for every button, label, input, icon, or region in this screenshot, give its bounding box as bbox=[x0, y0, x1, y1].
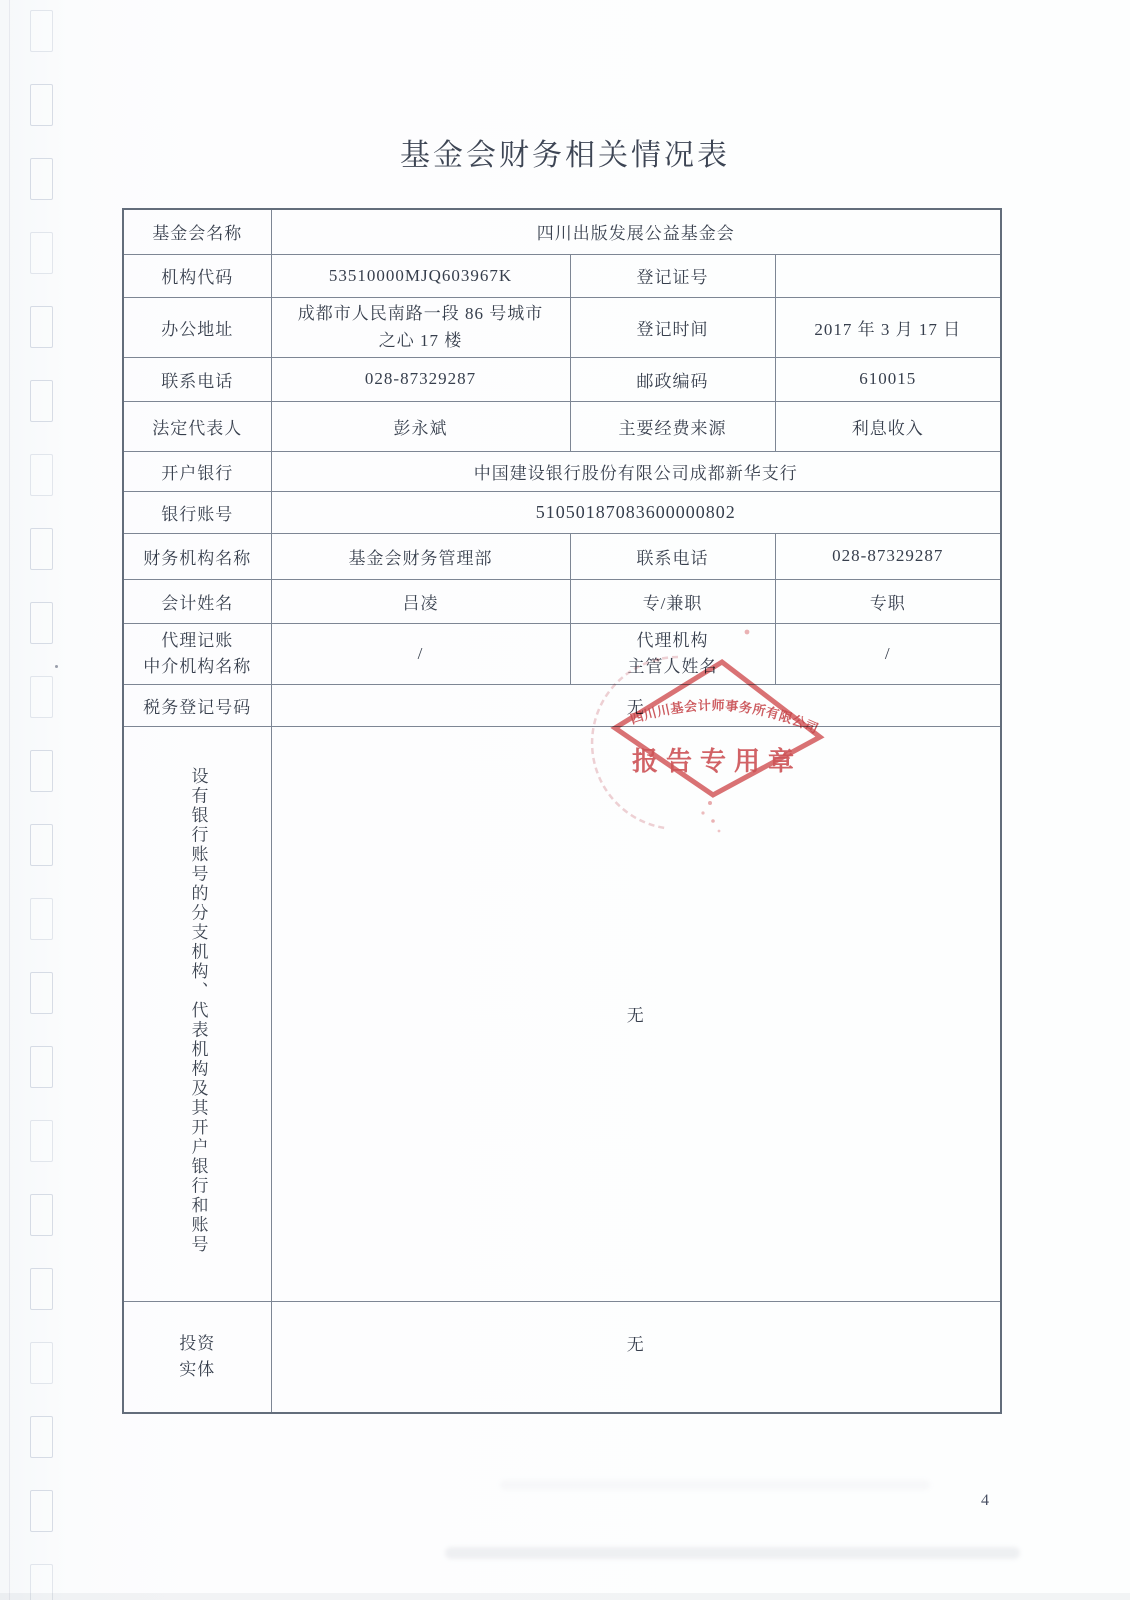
tax-reg-label: 税务登记号码 bbox=[123, 684, 271, 726]
postal-code-value: 610015 bbox=[775, 357, 1001, 401]
binding-hole-mark bbox=[30, 1416, 53, 1458]
reg-cert-label: 登记证号 bbox=[570, 254, 775, 297]
branches-label: 设有银行账号的分支机构、代表机构及其开户银行和账号 bbox=[123, 726, 271, 1301]
branches-label-text: 设有银行账号的分支机构、代表机构及其开户银行和账号 bbox=[187, 767, 207, 1255]
scan-smudge bbox=[445, 1547, 1020, 1559]
table-row: 设有银行账号的分支机构、代表机构及其开户银行和账号 无 bbox=[123, 726, 1001, 1301]
tax-reg-value: 无 bbox=[271, 684, 1001, 726]
binding-hole-mark bbox=[30, 676, 53, 718]
finance-phone-label: 联系电话 bbox=[570, 533, 775, 579]
investment-entity-value: 无 bbox=[271, 1301, 1001, 1413]
table-row: 开户银行 中国建设银行股份有限公司成都新华支行 bbox=[123, 451, 1001, 491]
binding-hole-mark bbox=[30, 306, 53, 348]
paper-edge-line bbox=[9, 0, 10, 1600]
table-row: 法定代表人 彭永斌 主要经费来源 利息收入 bbox=[123, 401, 1001, 451]
legal-rep-label: 法定代表人 bbox=[123, 401, 271, 451]
accountant-name-value: 吕凌 bbox=[271, 579, 570, 623]
contact-phone-label: 联系电话 bbox=[123, 357, 271, 401]
table-row: 税务登记号码 无 bbox=[123, 684, 1001, 726]
table-row: 银行账号 51050187083600000802 bbox=[123, 491, 1001, 533]
scan-smudge bbox=[500, 1480, 930, 1490]
agency-manager-value: / bbox=[775, 623, 1001, 684]
binding-hole-mark bbox=[30, 602, 53, 644]
agency-label-line-1: 代理记账 bbox=[128, 628, 267, 654]
agency-manager-label-line-1: 代理机构 bbox=[575, 628, 771, 654]
contact-phone-value: 028-87329287 bbox=[271, 357, 570, 401]
finance-dept-value: 基金会财务管理部 bbox=[271, 533, 570, 579]
postal-code-label: 邮政编码 bbox=[570, 357, 775, 401]
agency-label-line-2: 中介机构名称 bbox=[128, 654, 267, 680]
page-number: 4 bbox=[935, 1492, 1035, 1510]
office-address-value: 成都市人民南路一段 86 号城市 之心 17 楼 bbox=[271, 297, 570, 357]
agency-name-value: / bbox=[271, 623, 570, 684]
table-row: 基金会名称 四川出版发展公益基金会 bbox=[123, 209, 1001, 254]
branches-value: 无 bbox=[271, 726, 1001, 1301]
binding-hole-mark bbox=[30, 1046, 53, 1088]
funding-source-label: 主要经费来源 bbox=[570, 401, 775, 451]
scan-smudge bbox=[0, 1593, 1130, 1600]
bank-value: 中国建设银行股份有限公司成都新华支行 bbox=[271, 451, 1001, 491]
office-address-label: 办公地址 bbox=[123, 297, 271, 357]
binding-hole-mark bbox=[30, 1120, 53, 1162]
reg-cert-value bbox=[775, 254, 1001, 297]
bank-account-label: 银行账号 bbox=[123, 491, 271, 533]
binding-hole-mark bbox=[30, 232, 53, 274]
legal-rep-value: 彭永斌 bbox=[271, 401, 570, 451]
agency-name-label: 代理记账 中介机构名称 bbox=[123, 623, 271, 684]
reg-date-label: 登记时间 bbox=[570, 297, 775, 357]
table-row: 办公地址 成都市人民南路一段 86 号城市 之心 17 楼 登记时间 2017 … bbox=[123, 297, 1001, 357]
table-row: 代理记账 中介机构名称 / 代理机构 主管人姓名 / bbox=[123, 623, 1001, 684]
binding-hole-mark bbox=[30, 750, 53, 792]
investment-entity-label: 投资 实体 bbox=[123, 1301, 271, 1413]
table-row: 投资 实体 无 bbox=[123, 1301, 1001, 1413]
fulltime-parttime-label: 专/兼职 bbox=[570, 579, 775, 623]
table-row: 财务机构名称 基金会财务管理部 联系电话 028-87329287 bbox=[123, 533, 1001, 579]
table-row: 机构代码 53510000MJQ603967K 登记证号 bbox=[123, 254, 1001, 297]
table-row: 联系电话 028-87329287 邮政编码 610015 bbox=[123, 357, 1001, 401]
binding-hole-mark bbox=[30, 1490, 53, 1532]
binding-hole-mark bbox=[30, 824, 53, 866]
funding-source-value: 利息收入 bbox=[775, 401, 1001, 451]
accountant-name-label: 会计姓名 bbox=[123, 579, 271, 623]
address-line-1: 成都市人民南路一段 86 号城市 bbox=[276, 300, 566, 327]
org-code-value: 53510000MJQ603967K bbox=[271, 254, 570, 297]
foundation-name-label: 基金会名称 bbox=[123, 209, 271, 254]
finance-dept-label: 财务机构名称 bbox=[123, 533, 271, 579]
table-row: 会计姓名 吕凌 专/兼职 专职 bbox=[123, 579, 1001, 623]
scanned-document-page: 基金会财务相关情况表 基金会名称 四川出版发展公益基金会 机构代码 535100… bbox=[0, 0, 1130, 1600]
foundation-name-value: 四川出版发展公益基金会 bbox=[271, 209, 1001, 254]
binding-hole-mark bbox=[30, 1268, 53, 1310]
agency-manager-label: 代理机构 主管人姓名 bbox=[570, 623, 775, 684]
page-title: 基金会财务相关情况表 bbox=[0, 130, 1130, 174]
reg-date-value: 2017 年 3 月 17 日 bbox=[775, 297, 1001, 357]
scan-speck bbox=[55, 665, 58, 668]
binding-hole-mark bbox=[30, 1342, 53, 1384]
finance-phone-value: 028-87329287 bbox=[775, 533, 1001, 579]
binding-hole-mark bbox=[30, 10, 53, 52]
binding-hole-mark bbox=[30, 454, 53, 496]
foundation-finance-table: 基金会名称 四川出版发展公益基金会 机构代码 53510000MJQ603967… bbox=[122, 208, 1002, 1414]
binding-hole-mark bbox=[30, 898, 53, 940]
fulltime-parttime-value: 专职 bbox=[775, 579, 1001, 623]
address-line-2: 之心 17 楼 bbox=[276, 327, 566, 354]
bank-account-value: 51050187083600000802 bbox=[271, 491, 1001, 533]
bank-label: 开户银行 bbox=[123, 451, 271, 491]
binding-hole-mark bbox=[30, 380, 53, 422]
investment-label-line-2: 实体 bbox=[128, 1357, 267, 1383]
binding-hole-mark bbox=[30, 84, 53, 126]
binding-hole-mark bbox=[30, 528, 53, 570]
org-code-label: 机构代码 bbox=[123, 254, 271, 297]
agency-manager-label-line-2: 主管人姓名 bbox=[575, 654, 771, 680]
binding-hole-mark bbox=[30, 1194, 53, 1236]
binding-hole-mark bbox=[30, 972, 53, 1014]
investment-label-line-1: 投资 bbox=[128, 1331, 267, 1357]
